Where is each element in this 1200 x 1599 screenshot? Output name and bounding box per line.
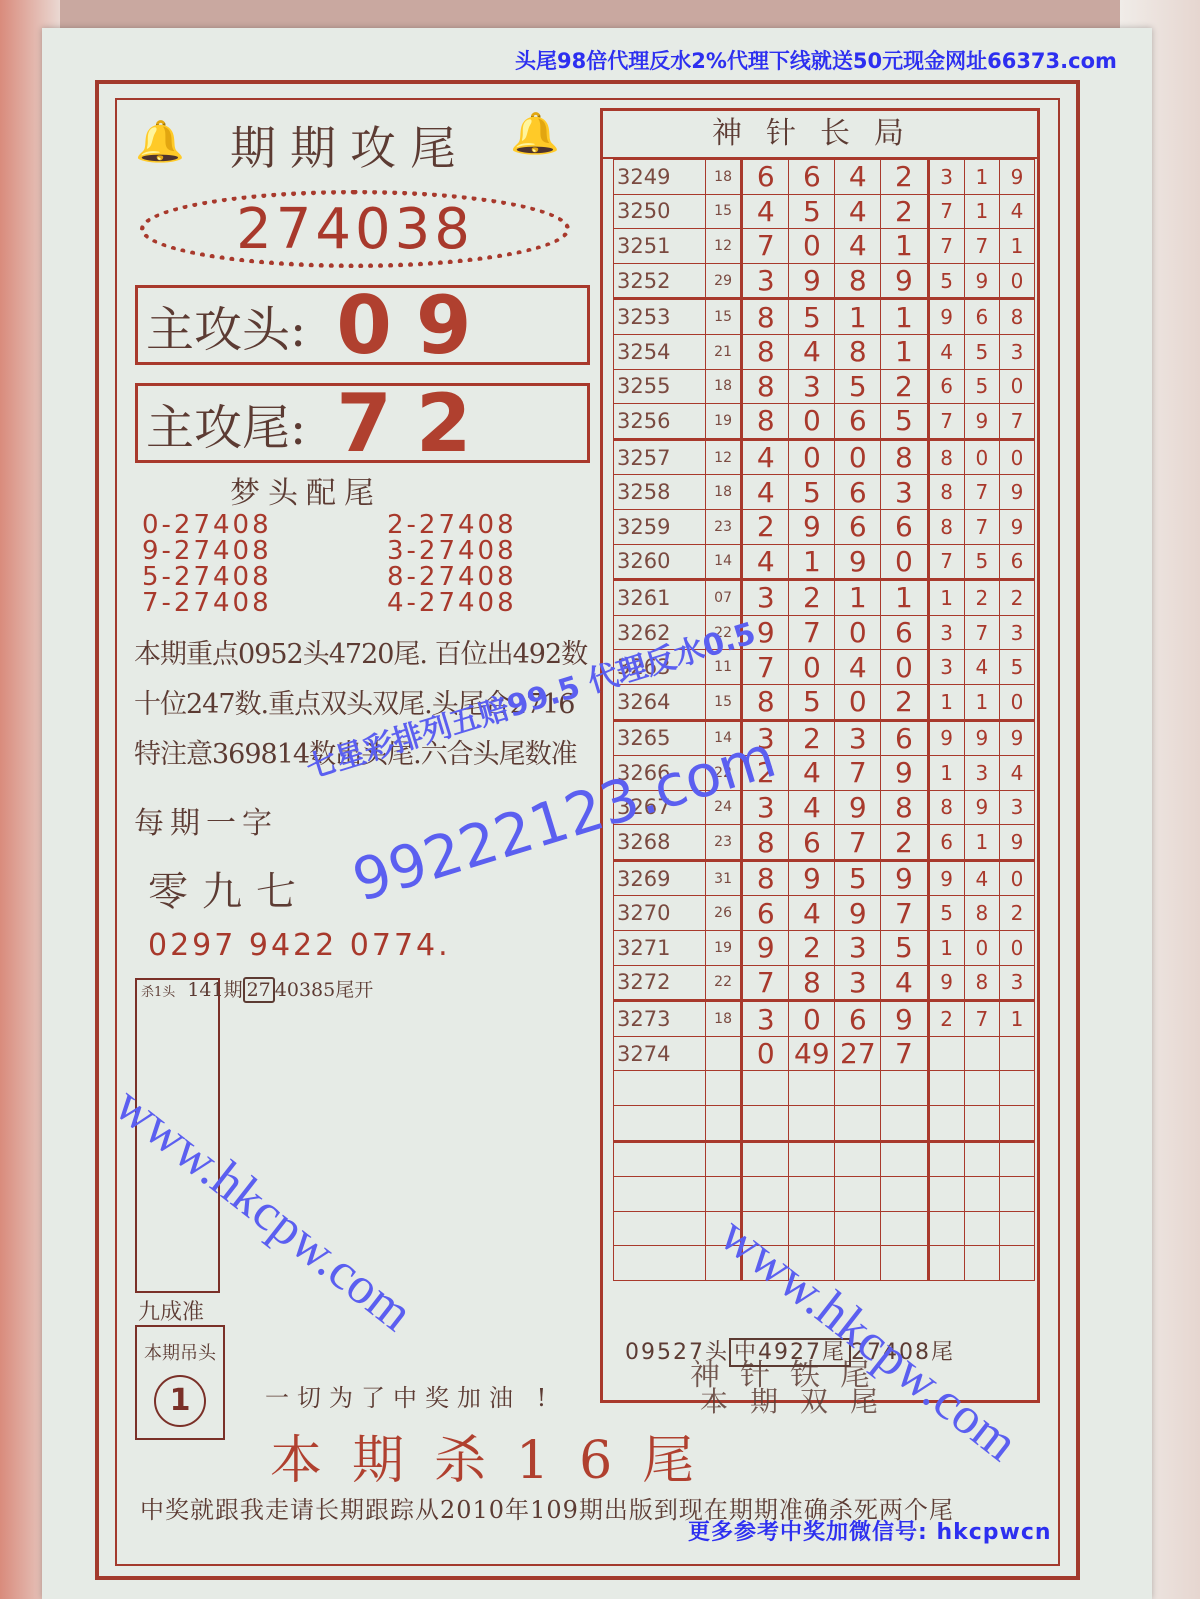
period-cell: [614, 1177, 706, 1212]
main-digit-cell: 6: [789, 825, 835, 861]
main-digit-cell: [742, 1106, 789, 1142]
sum-cell: [705, 1036, 741, 1071]
sum-cell: [705, 1141, 741, 1177]
history-table: 3249186642319325015454271432511270417713…: [613, 159, 1035, 1281]
sheet-title: 期期攻尾: [230, 112, 470, 178]
side-digit-cell: 1: [928, 580, 964, 616]
main-digit-cell: 9: [835, 790, 881, 825]
pair-list: 0-27408 2-27408 9-27408 3-27408 5-27408 …: [142, 512, 602, 616]
side-digit-cell: 3: [928, 615, 964, 650]
main-digit-cell: 2: [881, 369, 928, 404]
kill-head-label: 杀1头: [135, 985, 181, 1000]
side-digit-cell: [928, 1141, 964, 1177]
side-digit-cell: 9: [928, 860, 964, 896]
main-digit-cell: 6: [835, 509, 881, 544]
table-row: 3251127041771: [614, 229, 1035, 264]
side-digit-cell: 9: [964, 720, 999, 756]
side-digit-cell: 7: [928, 194, 964, 229]
table-row: 3255188352650: [614, 369, 1035, 404]
side-digit-cell: 3: [928, 650, 964, 685]
table-row: 3272227834983: [614, 965, 1035, 1001]
side-digit-cell: 5: [964, 369, 999, 404]
main-digit-cell: [742, 1071, 789, 1106]
main-digit-cell: 4: [789, 790, 835, 825]
ninety-percent-label: 九成准: [138, 1295, 204, 1326]
period-cell: 3249: [614, 160, 706, 195]
side-digit-cell: [964, 1141, 999, 1177]
side-digit-cell: [928, 1071, 964, 1106]
side-digit-cell: 0: [999, 439, 1034, 475]
main-digit-cell: 0: [881, 650, 928, 685]
side-digit-cell: [999, 1246, 1034, 1281]
side-digit-cell: 0: [999, 369, 1034, 404]
side-digit-cell: [964, 1036, 999, 1071]
table-row: 3260144190756: [614, 544, 1035, 580]
sum-cell: 15: [705, 194, 741, 229]
side-digit-cell: 8: [964, 965, 999, 1001]
side-digit-cell: 1: [964, 160, 999, 195]
side-digit-cell: 4: [928, 334, 964, 369]
pair-title: 梦头配尾: [230, 468, 382, 512]
side-digit-cell: 8: [928, 475, 964, 510]
main-digit-cell: 6: [835, 1001, 881, 1037]
main-digit-cell: 6: [881, 615, 928, 650]
side-digit-cell: [999, 1177, 1034, 1212]
main-digit-cell: 0: [789, 650, 835, 685]
period-cell: 3252: [614, 263, 706, 299]
sum-cell: 18: [705, 475, 741, 510]
period-cell: 3255: [614, 369, 706, 404]
side-digit-cell: 1: [999, 229, 1034, 264]
side-digit-cell: 7: [928, 229, 964, 264]
side-digit-cell: 3: [999, 334, 1034, 369]
side-digit-cell: [928, 1177, 964, 1212]
side-digit-cell: 9: [928, 965, 964, 1001]
table-row: 3249186642319: [614, 160, 1035, 195]
side-digit-cell: 4: [999, 194, 1034, 229]
side-digit-cell: [964, 1246, 999, 1281]
sum-cell: 21: [705, 334, 741, 369]
main-digit-cell: 0: [789, 229, 835, 264]
main-digit-cell: 6: [881, 509, 928, 544]
pair-item: 2-27408: [387, 512, 602, 538]
side-digit-cell: 2: [928, 1001, 964, 1037]
side-digit-cell: 5: [928, 263, 964, 299]
sum-cell: 19: [705, 931, 741, 966]
main-digit-cell: 8: [742, 299, 789, 335]
main-digit-cell: 8: [742, 369, 789, 404]
sum-cell: 07: [705, 580, 741, 616]
side-digit-cell: 8: [964, 896, 999, 931]
sum-cell: 22: [705, 965, 741, 1001]
table-row: [614, 1177, 1035, 1212]
side-digit-cell: 1: [928, 931, 964, 966]
side-digit-cell: 5: [964, 334, 999, 369]
side-digit-cell: 7: [964, 509, 999, 544]
side-digit-cell: 9: [928, 720, 964, 756]
side-digit-cell: [964, 1211, 999, 1246]
main-digit-cell: 4: [789, 896, 835, 931]
side-digit-cell: 5: [964, 544, 999, 580]
period-cell: 3258: [614, 475, 706, 510]
main-digit-cell: 0: [789, 439, 835, 475]
main-digit-cell: [881, 1246, 928, 1281]
main-digit-cell: [881, 1177, 928, 1212]
period-cell: 3270: [614, 896, 706, 931]
side-digit-cell: 9: [999, 509, 1034, 544]
main-digit-cell: 2: [881, 684, 928, 720]
main-digit-cell: [789, 1177, 835, 1212]
main-digit-cell: 4: [881, 965, 928, 1001]
side-digit-cell: [928, 1246, 964, 1281]
table-row: 3270266497582: [614, 896, 1035, 931]
side-digit-cell: 8: [928, 439, 964, 475]
main-digit-cell: 1: [881, 334, 928, 369]
side-digit-cell: 7: [928, 404, 964, 440]
main-digit-cell: 4: [789, 334, 835, 369]
main-digit-cell: 0: [835, 439, 881, 475]
main-digit-cell: 8: [789, 965, 835, 1001]
table-row: 3257124008800: [614, 439, 1035, 475]
period-cell: 3273: [614, 1001, 706, 1037]
period-cell: [614, 1106, 706, 1142]
side-digit-cell: 3: [964, 756, 999, 791]
side-digit-cell: 0: [964, 931, 999, 966]
main-digit-cell: 2: [789, 720, 835, 756]
period-cell: 3253: [614, 299, 706, 335]
main-digit-cell: 0: [789, 1001, 835, 1037]
side-digit-cell: [999, 1211, 1034, 1246]
side-digit-cell: 0: [999, 860, 1034, 896]
main-digit-cell: 6: [789, 160, 835, 195]
side-digit-cell: 9: [964, 263, 999, 299]
period-cell: 3259: [614, 509, 706, 544]
main-digit-cell: 8: [881, 439, 928, 475]
sum-cell: 18: [705, 1001, 741, 1037]
main-head-label: 主攻头:: [138, 291, 306, 360]
side-digit-cell: 3: [999, 615, 1034, 650]
per-period-numbers: 0297 9422 0774.: [148, 928, 451, 963]
main-digit-cell: [881, 1211, 928, 1246]
main-digit-cell: [835, 1106, 881, 1142]
main-digit-cell: 6: [742, 896, 789, 931]
main-tail-label: 主攻尾:: [138, 389, 306, 458]
table-row: 3271199235100: [614, 931, 1035, 966]
main-digit-cell: 2: [789, 931, 835, 966]
pair-item: 8-27408: [387, 564, 602, 590]
main-digit-cell: [742, 1177, 789, 1212]
side-digit-cell: [999, 1071, 1034, 1106]
bells-icon: 🔔: [510, 110, 560, 157]
side-digit-cell: [928, 1211, 964, 1246]
main-digit-cell: 8: [742, 404, 789, 440]
main-digit-cell: [881, 1141, 928, 1177]
main-head-box: 主攻头: 09: [135, 285, 590, 365]
main-digit-cell: 0: [742, 1036, 789, 1071]
main-digit-cell: 9: [881, 860, 928, 896]
kill-line-prefix: 141期: [187, 979, 242, 1001]
side-digit-cell: 0: [964, 439, 999, 475]
side-digit-cell: 9: [964, 404, 999, 440]
main-digit-cell: 3: [835, 965, 881, 1001]
main-digit-cell: 3: [835, 931, 881, 966]
period-cell: 3274: [614, 1036, 706, 1071]
main-digit-cell: 4: [835, 229, 881, 264]
side-digit-cell: [964, 1177, 999, 1212]
main-digit-cell: 1: [835, 299, 881, 335]
side-digit-cell: 6: [999, 544, 1034, 580]
main-digit-cell: 9: [835, 544, 881, 580]
side-digit-cell: 6: [928, 825, 964, 861]
side-digit-cell: 5: [999, 650, 1034, 685]
table-row: 3274049277: [614, 1036, 1035, 1071]
main-digit-cell: 0: [789, 404, 835, 440]
side-digit-cell: [999, 1036, 1034, 1071]
main-digit-cell: 4: [835, 650, 881, 685]
sum-cell: 15: [705, 299, 741, 335]
main-digit-cell: 2: [881, 160, 928, 195]
main-digit-cell: 8: [742, 825, 789, 861]
sum-cell: 18: [705, 369, 741, 404]
side-digit-cell: 7: [964, 1001, 999, 1037]
period-cell: 3257: [614, 439, 706, 475]
side-digit-cell: [928, 1036, 964, 1071]
side-digit-cell: 2: [964, 580, 999, 616]
main-digit-cell: 0: [881, 544, 928, 580]
main-digit-cell: 1: [881, 580, 928, 616]
side-digit-cell: [964, 1071, 999, 1106]
main-digit-cell: 0: [835, 615, 881, 650]
sum-cell: [705, 1071, 741, 1106]
side-digit-cell: 7: [928, 544, 964, 580]
main-digit-cell: 5: [789, 194, 835, 229]
main-digit-cell: [789, 1106, 835, 1142]
side-digit-cell: 1: [964, 684, 999, 720]
table-row: 3259232966879: [614, 509, 1035, 544]
side-digit-cell: [964, 1106, 999, 1142]
main-digit-cell: 8: [881, 790, 928, 825]
main-digit-cell: 1: [789, 544, 835, 580]
main-digit-cell: 2: [742, 509, 789, 544]
main-head-value: 09: [336, 279, 495, 372]
side-digit-cell: 7: [964, 615, 999, 650]
side-digit-cell: 4: [999, 756, 1034, 791]
table-row: 3261073211122: [614, 580, 1035, 616]
sum-cell: 23: [705, 509, 741, 544]
period-cell: [614, 1141, 706, 1177]
pair-item: 7-27408: [142, 590, 357, 616]
main-digit-cell: 7: [835, 756, 881, 791]
main-digit-cell: 27: [835, 1036, 881, 1071]
main-digit-cell: 9: [835, 896, 881, 931]
main-digit-cell: 7: [742, 965, 789, 1001]
main-digit-cell: [881, 1071, 928, 1106]
sum-cell: 12: [705, 229, 741, 264]
main-digit-cell: 8: [742, 334, 789, 369]
main-digit-cell: 4: [742, 194, 789, 229]
main-digit-cell: 5: [881, 931, 928, 966]
side-digit-cell: 1: [928, 756, 964, 791]
main-digit-cell: 8: [835, 334, 881, 369]
period-cell: 3250: [614, 194, 706, 229]
main-digit-cell: 2: [789, 580, 835, 616]
period-cell: 3254: [614, 334, 706, 369]
main-digit-cell: 7: [881, 1036, 928, 1071]
table-row: [614, 1211, 1035, 1246]
main-digit-cell: 4: [835, 160, 881, 195]
main-digit-cell: 7: [881, 896, 928, 931]
main-digit-cell: 6: [881, 720, 928, 756]
main-digit-cell: 9: [742, 931, 789, 966]
main-digit-cell: 7: [742, 229, 789, 264]
featured-number-oval: 274038: [140, 190, 570, 268]
table-row: 3264158502110: [614, 684, 1035, 720]
side-digit-cell: 6: [964, 299, 999, 335]
table-subtitle-2: 本期双尾: [700, 1380, 900, 1420]
main-digit-cell: 5: [881, 404, 928, 440]
main-digit-cell: 3: [789, 369, 835, 404]
main-tail-box: 主攻尾: 72: [135, 383, 590, 463]
main-digit-cell: 1: [881, 299, 928, 335]
sum-cell: 29: [705, 263, 741, 299]
main-digit-cell: [835, 1246, 881, 1281]
table-row: 3269318959940: [614, 860, 1035, 896]
main-digit-cell: [835, 1177, 881, 1212]
side-digit-cell: 9: [999, 160, 1034, 195]
main-digit-cell: 6: [835, 475, 881, 510]
kill-line: 杀1头 141期2740385尾开: [135, 975, 373, 1002]
main-digit-cell: 3: [742, 1001, 789, 1037]
hang-head-value: 1: [154, 1375, 206, 1427]
side-digit-cell: 7: [964, 475, 999, 510]
main-digit-cell: 9: [881, 1001, 928, 1037]
side-digit-cell: 8: [928, 509, 964, 544]
main-digit-cell: 7: [789, 615, 835, 650]
sum-cell: 14: [705, 544, 741, 580]
main-digit-cell: 4: [742, 544, 789, 580]
side-digit-cell: 2: [999, 580, 1034, 616]
sum-cell: 15: [705, 684, 741, 720]
featured-number: 274038: [236, 197, 474, 262]
pair-item: 9-27408: [142, 538, 357, 564]
main-digit-cell: 3: [881, 475, 928, 510]
period-cell: 3271: [614, 931, 706, 966]
side-digit-cell: 1: [964, 194, 999, 229]
side-digit-cell: [999, 1141, 1034, 1177]
kill-tail-headline: 本期杀16尾: [270, 1418, 724, 1493]
main-digit-cell: 4: [835, 194, 881, 229]
main-digit-cell: 5: [789, 299, 835, 335]
main-digit-cell: 5: [835, 860, 881, 896]
side-digit-cell: 0: [999, 684, 1034, 720]
side-digit-cell: 2: [999, 896, 1034, 931]
period-cell: [614, 1071, 706, 1106]
side-digit-cell: 4: [964, 650, 999, 685]
main-digit-cell: 6: [742, 160, 789, 195]
main-digit-cell: [835, 1071, 881, 1106]
cheer-text: 一切为了中奖加油 !: [265, 1378, 554, 1413]
side-digit-cell: 8: [928, 790, 964, 825]
sum-cell: [705, 1177, 741, 1212]
sum-cell: 26: [705, 896, 741, 931]
hang-head-label: 本期吊头: [137, 1339, 223, 1365]
main-digit-cell: 1: [835, 580, 881, 616]
side-digit-cell: 9: [928, 299, 964, 335]
table-row: 3253158511968: [614, 299, 1035, 335]
period-cell: 3256: [614, 404, 706, 440]
per-period-chars: 零九七: [148, 860, 310, 917]
main-digit-cell: 5: [835, 369, 881, 404]
main-digit-cell: 6: [835, 404, 881, 440]
main-digit-cell: 3: [742, 263, 789, 299]
table-row: [614, 1071, 1035, 1106]
side-digit-cell: 1: [928, 684, 964, 720]
side-digit-cell: [999, 1106, 1034, 1142]
side-digit-cell: 9: [999, 475, 1034, 510]
main-digit-cell: 4: [789, 756, 835, 791]
period-cell: 3251: [614, 229, 706, 264]
main-digit-cell: 2: [881, 194, 928, 229]
sum-cell: 31: [705, 860, 741, 896]
sum-cell: 23: [705, 825, 741, 861]
bells-icon: 🔔: [135, 118, 185, 165]
side-digit-cell: 1: [999, 1001, 1034, 1037]
main-digit-cell: 5: [789, 475, 835, 510]
sum-cell: 12: [705, 439, 741, 475]
main-digit-cell: 8: [835, 263, 881, 299]
main-digit-cell: [789, 1211, 835, 1246]
table-row: 3258184563879: [614, 475, 1035, 510]
pair-item: 0-27408: [142, 512, 357, 538]
side-digit-cell: 4: [964, 860, 999, 896]
main-digit-cell: 4: [742, 475, 789, 510]
hang-head-box: 本期吊头 1: [135, 1325, 225, 1440]
main-digit-cell: 7: [835, 825, 881, 861]
pair-item: 3-27408: [387, 538, 602, 564]
main-digit-cell: 9: [881, 756, 928, 791]
pair-item: 4-27408: [387, 590, 602, 616]
footer-wechat-ad[interactable]: 更多参考中奖加微信号: hkcpwcn: [688, 1515, 1052, 1546]
side-digit-cell: 3: [999, 965, 1034, 1001]
main-digit-cell: 7: [742, 650, 789, 685]
main-digit-cell: [835, 1211, 881, 1246]
main-digit-cell: 1: [881, 229, 928, 264]
side-digit-cell: 3: [999, 790, 1034, 825]
main-digit-cell: 9: [789, 509, 835, 544]
main-digit-cell: 8: [742, 860, 789, 896]
table-row: 3256198065797: [614, 404, 1035, 440]
period-cell: [614, 1246, 706, 1281]
table-row: [614, 1141, 1035, 1177]
sum-cell: [705, 1106, 741, 1142]
top-ad-banner[interactable]: 头尾98倍代理反水2%代理下线就送50元现金网址66373.com: [515, 45, 1117, 75]
period-cell: [614, 1211, 706, 1246]
sum-cell: 19: [705, 404, 741, 440]
period-cell: 3261: [614, 580, 706, 616]
side-digit-cell: [928, 1106, 964, 1142]
main-digit-cell: 3: [742, 580, 789, 616]
period-cell: 3272: [614, 965, 706, 1001]
side-digit-cell: 9: [999, 825, 1034, 861]
main-digit-cell: [881, 1106, 928, 1142]
kill-line-suffix: 40385尾开: [275, 979, 373, 1001]
side-digit-cell: 1: [964, 825, 999, 861]
main-digit-cell: 3: [835, 720, 881, 756]
side-digit-cell: 0: [999, 263, 1034, 299]
table-row: 3254218481453: [614, 334, 1035, 369]
main-digit-cell: 49: [789, 1036, 835, 1071]
per-period-label: 每期一字: [134, 798, 278, 842]
